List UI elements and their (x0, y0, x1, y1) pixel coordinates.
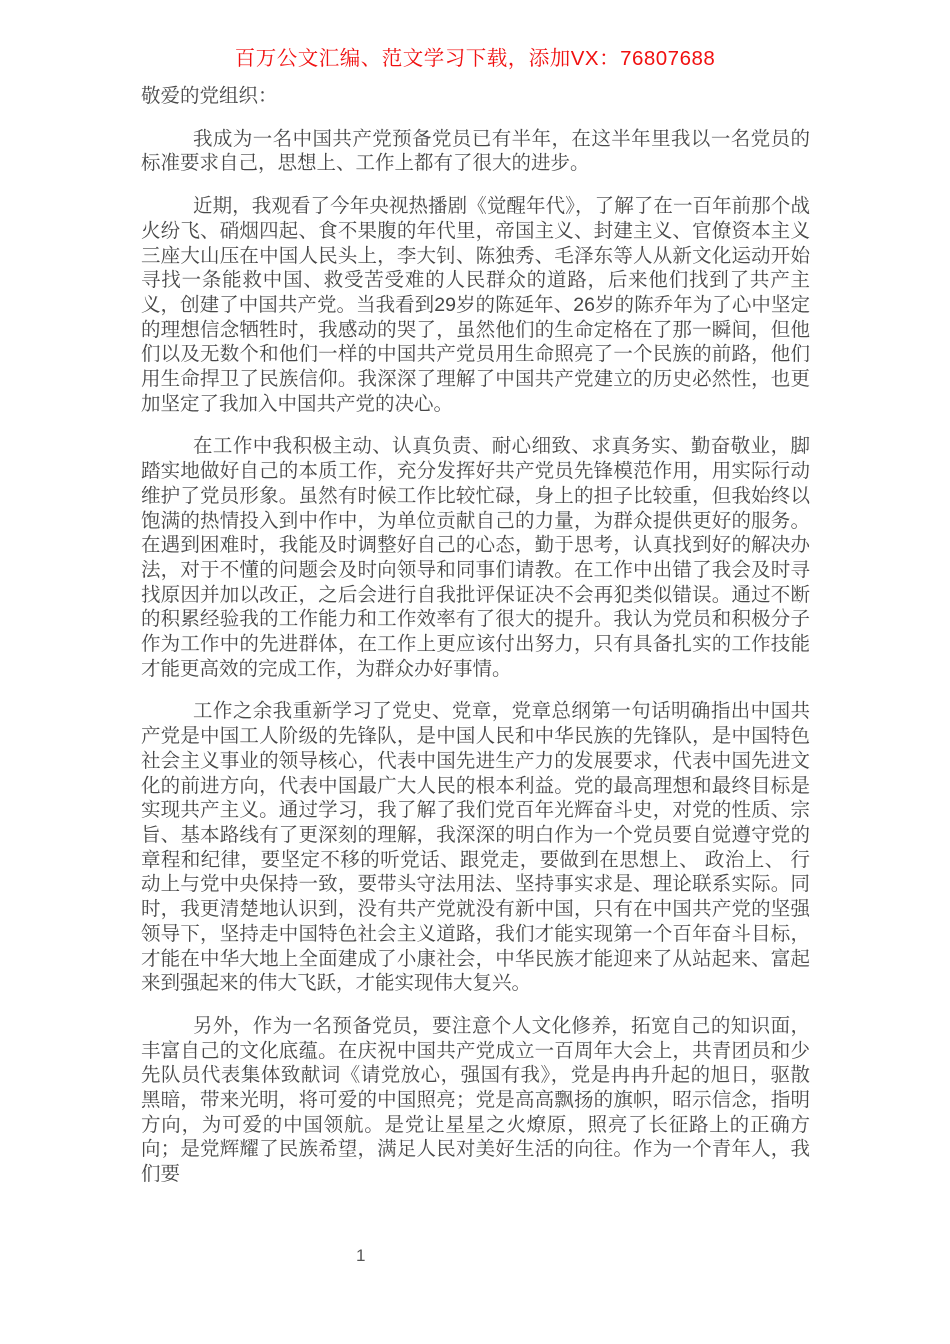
paragraph-awakening-age: 近期，我观看了今年央视热播剧《觉醒年代》，了解了在一百年前那个战火纷飞、硝烟四起… (141, 194, 810, 416)
document-page: 百万公文汇编、范文学习下载，添加VX：76807688 敬爱的党组织： 我成为一… (0, 0, 950, 1344)
letter-body: 敬爱的党组织： 我成为一名中国共产党预备党员已有半年，在这半年里我以一名党员的标… (141, 84, 810, 1187)
salutation: 敬爱的党组织： (141, 84, 810, 109)
paragraph-culture: 另外，作为一名预备党员，要注意个人文化修养，拓宽自己的知识面，丰富自己的文化底蕴… (141, 1014, 810, 1187)
paragraph-party-study: 工作之余我重新学习了党史、党章，党章总纲第一句话明确指出中国共产党是中国工人阶级… (141, 699, 810, 995)
paragraph-work: 在工作中我积极主动、认真负责、耐心细致、求真务实、勤奋敬业，脚踏实地做好自己的本… (141, 434, 810, 681)
watermark-notice: 百万公文汇编、范文学习下载，添加VX：76807688 (0, 46, 950, 72)
page-number: 1 (356, 1246, 365, 1266)
paragraph-intro: 我成为一名中国共产党预备党员已有半年，在这半年里我以一名党员的标准要求自己，思想… (141, 127, 810, 176)
